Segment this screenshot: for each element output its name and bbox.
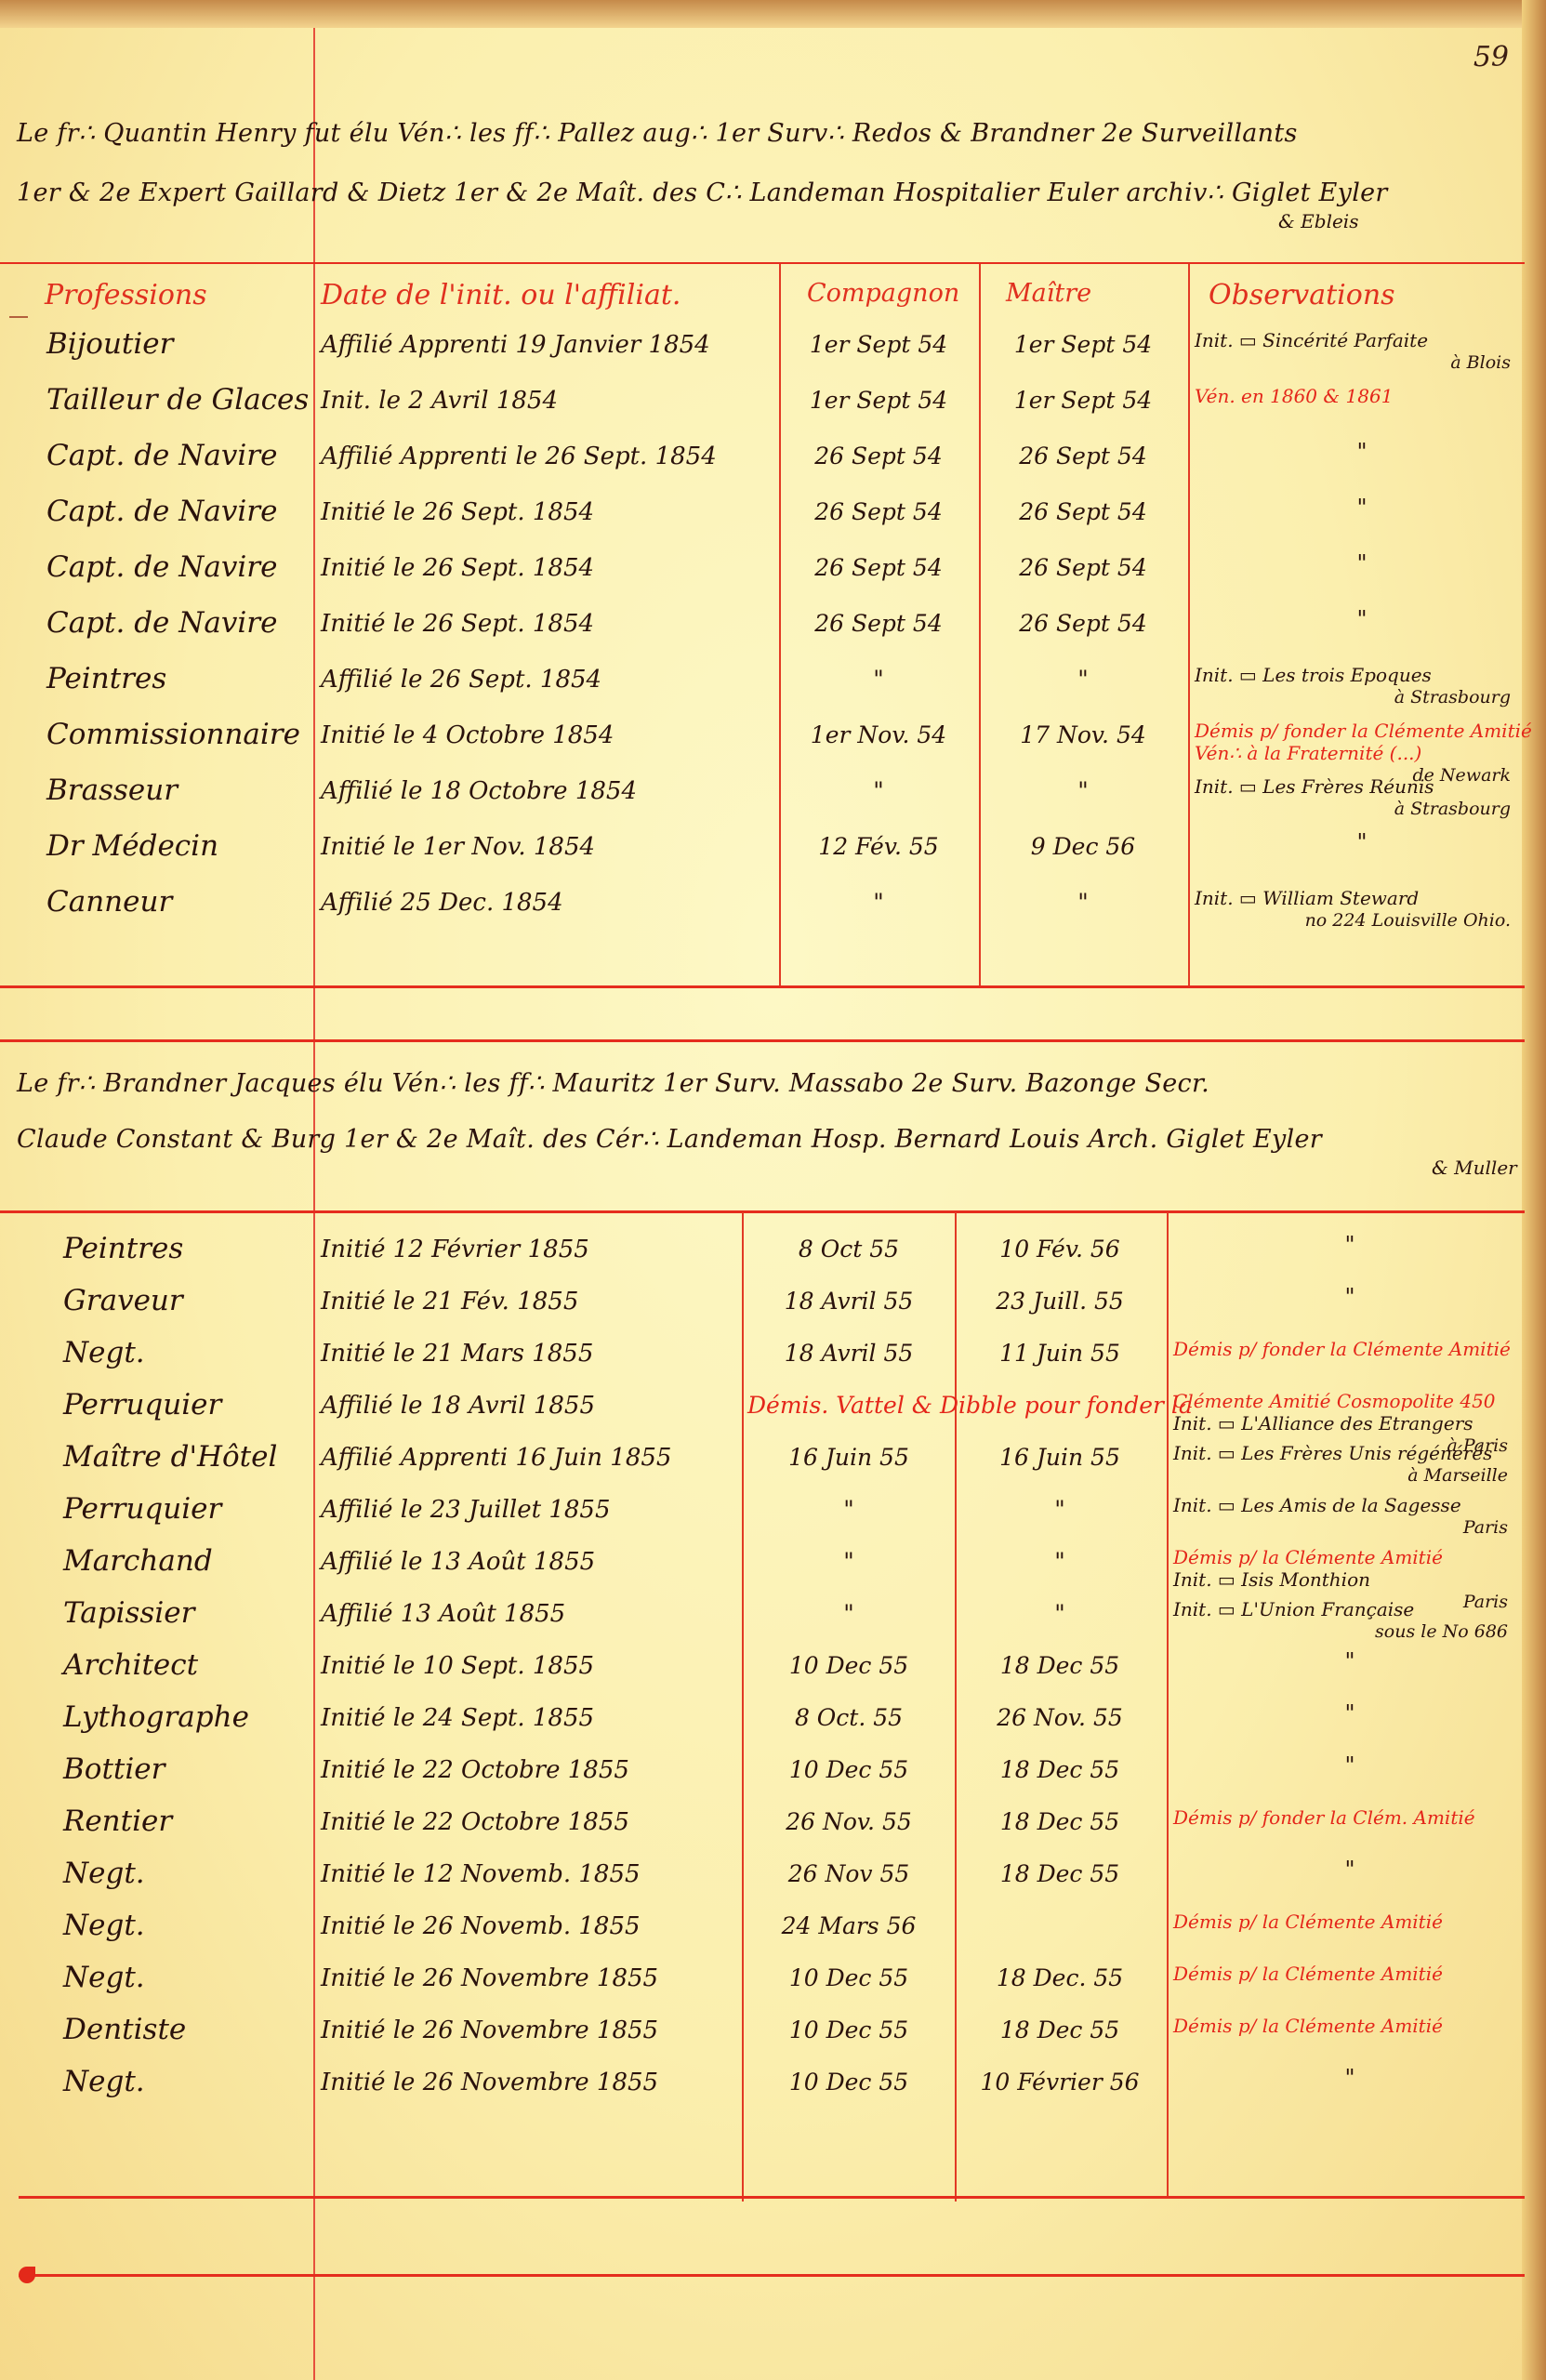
- observation-red-note: Démis p/ la Clémente Amitié: [1173, 1911, 1526, 1933]
- row-compagnon: ": [751, 1600, 946, 1627]
- row-compagnon: ": [751, 1548, 946, 1575]
- row-profession: Dentiste: [63, 2013, 186, 2046]
- margin-rule: [313, 28, 315, 2380]
- row-compagnon: 10 Dec 55: [751, 1652, 946, 1679]
- col-header-compagnon: Compagnon: [807, 279, 959, 308]
- section1-heading-line1: Le fr∴ Quantin Henry fut élu Vén∴ les ff…: [17, 119, 1298, 148]
- ditto-mark: ": [1173, 1754, 1526, 1777]
- row-profession: Peintres: [63, 1232, 183, 1265]
- row-profession: Graveur: [63, 1284, 183, 1317]
- row-maitre: 26 Nov. 55: [962, 1704, 1157, 1731]
- col-header-date: Date de l'init. ou l'affiliat.: [321, 279, 681, 311]
- observation-red-note: Démis p/ fonder la Clémente Amitié: [1195, 720, 1529, 742]
- row-observation: Init. ▭ Les Frères Réunisà Strasbourg: [1195, 775, 1529, 820]
- table1-bottom-rule: [0, 985, 1525, 988]
- row-maitre: 23 Juill. 55: [962, 1288, 1157, 1315]
- row-date: Affilié le 13 Août 1855: [321, 1548, 734, 1576]
- row-maitre: 26 Sept 54: [985, 554, 1181, 581]
- row-maitre: 9 Dec 56: [985, 833, 1181, 860]
- row-observation: Démis p/ fonder la Clémente Amitié: [1173, 1338, 1526, 1360]
- row-date: Initié 12 Février 1855: [321, 1236, 734, 1263]
- row-observation: Init. ▭ Les trois Epoquesà Strasbourg: [1195, 664, 1529, 708]
- ditto-mark: ": [1195, 496, 1529, 519]
- row-date: Initié le 26 Novembre 1855: [321, 2069, 734, 2096]
- row-compagnon: ": [786, 777, 971, 804]
- row-profession: Negt.: [63, 2065, 145, 2098]
- row-date: Initié le 26 Sept. 1854: [321, 610, 772, 638]
- row-maitre: ": [962, 1600, 1157, 1627]
- observation-text: Init. ▭ Les Amis de la Sagesse: [1173, 1494, 1526, 1516]
- row-maitre: ": [962, 1496, 1157, 1523]
- row-observation: ": [1195, 831, 1529, 853]
- section1-heading-line2: 1er & 2e Expert Gaillard & Dietz 1er & 2…: [17, 178, 1388, 207]
- row-compagnon: 10 Dec 55: [751, 2069, 946, 2096]
- observation-text: Init. ▭ Les Frères Réunis: [1195, 775, 1529, 798]
- observation-text: Init. ▭ L'Alliance des Etrangers: [1173, 1412, 1526, 1435]
- row-date: Initié le 24 Sept. 1855: [321, 1704, 734, 1732]
- section2-bottom-rule: [0, 1210, 1525, 1213]
- row-compagnon: 1er Sept 54: [786, 331, 971, 358]
- row-date: Initié le 26 Novemb. 1855: [321, 1912, 734, 1940]
- row-compagnon: ": [786, 889, 971, 916]
- observation-subtext: à Marseille: [1173, 1464, 1526, 1487]
- row-observation: ": [1173, 1858, 1526, 1881]
- section1-heading-sub: & Ebleis: [1278, 210, 1358, 232]
- row-date: Affilié le 26 Sept. 1854: [321, 666, 772, 694]
- row-observation: Init. ▭ L'Union Françaisesous le No 686: [1173, 1598, 1526, 1643]
- table2-bottom-rule: [19, 2196, 1525, 2199]
- row-profession: Canneur: [46, 885, 172, 919]
- row-maitre: ": [985, 889, 1181, 916]
- row-profession: Negt.: [63, 1857, 145, 1890]
- page-number: 59: [1473, 41, 1509, 73]
- observation-subtext: Paris: [1173, 1516, 1526, 1539]
- row-profession: Tailleur de Glaces: [46, 383, 309, 416]
- table2-col-rule-observations: [1167, 1212, 1169, 2198]
- observation-red-note: Démis p/ la Clémente Amitié: [1173, 1546, 1526, 1568]
- ditto-mark: ": [1173, 1286, 1526, 1308]
- observation-text: Init. ▭ Sincérité Parfaite: [1195, 329, 1529, 351]
- row-date: Affilié 13 Août 1855: [321, 1600, 734, 1628]
- observation-subtext: sous le No 686: [1173, 1620, 1526, 1643]
- ditto-mark: ": [1173, 1858, 1526, 1881]
- row-compagnon: 8 Oct 55: [751, 1236, 946, 1263]
- row-profession: Lythographe: [63, 1700, 249, 1734]
- row-profession: Rentier: [63, 1805, 172, 1838]
- observation-red-note: Clémente Amitié Cosmopolite 450: [1173, 1390, 1526, 1412]
- row-date: Affilié le 18 Octobre 1854: [321, 777, 772, 805]
- row-maitre: 18 Dec. 55: [962, 1964, 1157, 1991]
- row-compagnon: 26 Sept 54: [786, 443, 971, 469]
- observation-red-note: Vén. en 1860 & 1861: [1195, 385, 1529, 407]
- row-observation: Démis p/ fonder la Clém. Amitié: [1173, 1806, 1526, 1829]
- observation-subtext: à Blois: [1195, 351, 1529, 374]
- row-observation: Init. ▭ William Stewardno 224 Louisville…: [1195, 887, 1529, 932]
- ditto-mark: ": [1195, 441, 1529, 463]
- row-compagnon: ": [786, 666, 971, 693]
- row-observation: ": [1173, 1234, 1526, 1256]
- row-profession: Negt.: [63, 1961, 145, 1994]
- row-compagnon: 18 Avril 55: [751, 1340, 946, 1367]
- row-observation: ": [1173, 1286, 1526, 1308]
- row-date: Initié le 10 Sept. 1855: [321, 1652, 734, 1680]
- row-date: Init. le 2 Avril 1854: [321, 387, 772, 415]
- row-maitre: 18 Dec 55: [962, 1652, 1157, 1679]
- row-date: Initié le 22 Octobre 1855: [321, 1756, 734, 1784]
- table1-col-rule-maitre: [979, 264, 981, 987]
- row-date: Initié le 26 Novembre 1855: [321, 2016, 734, 2044]
- row-compagnon: 12 Fév. 55: [786, 833, 971, 860]
- section2-top-rule: [0, 1039, 1525, 1042]
- observation-text: Init. ▭ William Steward: [1195, 887, 1529, 909]
- row-observation: ": [1173, 2067, 1526, 2089]
- row-date: Initié le 1er Nov. 1854: [321, 833, 772, 861]
- margin-dash: [9, 316, 28, 318]
- row-maitre: 18 Dec 55: [962, 1756, 1157, 1783]
- row-profession: Perruquier: [63, 1388, 221, 1421]
- observation-red-note: Démis p/ la Clémente Amitié: [1173, 2015, 1526, 2037]
- row-compagnon: 10 Dec 55: [751, 2016, 946, 2043]
- observation-subtext: à Strasbourg: [1195, 798, 1529, 820]
- row-profession: Brasseur: [46, 773, 178, 807]
- observation-text: Init. ▭ L'Union Française: [1173, 1598, 1526, 1620]
- row-maitre: 10 Février 56: [962, 2069, 1157, 2096]
- row-date: Affilié 25 Dec. 1854: [321, 889, 772, 917]
- row-date: Affilié Apprenti 19 Janvier 1854: [321, 331, 772, 359]
- row-maitre: 18 Dec 55: [962, 2016, 1157, 2043]
- row-profession: Capt. de Navire: [46, 606, 277, 640]
- row-maitre: 26 Sept 54: [985, 610, 1181, 637]
- row-date: Initié le 4 Octobre 1854: [321, 721, 772, 749]
- observation-subtext: à Strasbourg: [1195, 686, 1529, 708]
- page-top-edge: [0, 0, 1546, 28]
- row-observation: Démis p/ la Clémente Amitié: [1173, 1963, 1526, 1985]
- row-compagnon: 8 Oct. 55: [751, 1704, 946, 1731]
- section2-heading-line2: Claude Constant & Burg 1er & 2e Maît. de…: [17, 1125, 1322, 1154]
- margin-marker: [19, 2267, 35, 2283]
- row-maitre: ": [985, 666, 1181, 693]
- row-date: Affilié le 23 Juillet 1855: [321, 1496, 734, 1524]
- observation-subtext: no 224 Louisville Ohio.: [1195, 909, 1529, 932]
- row-profession: Commissionnaire: [46, 718, 300, 751]
- row-observation: Init. ▭ Les Frères Unis régénérésà Marse…: [1173, 1442, 1526, 1487]
- row-profession: Marchand: [63, 1544, 213, 1578]
- ditto-mark: ": [1195, 831, 1529, 853]
- row-date: Initié le 26 Sept. 1854: [321, 554, 772, 582]
- row-observation: Démis p/ la Clémente Amitié: [1173, 1911, 1526, 1933]
- section1-bottom-rule: [0, 262, 1525, 264]
- ditto-mark: ": [1173, 1234, 1526, 1256]
- row-compagnon: 26 Sept 54: [786, 498, 971, 525]
- row-profession: Perruquier: [63, 1492, 221, 1526]
- row-compagnon: 1er Sept 54: [786, 387, 971, 414]
- row-maitre: 16 Juin 55: [962, 1444, 1157, 1471]
- row-maitre: 18 Dec 55: [962, 1860, 1157, 1887]
- table1-col-rule-observations: [1188, 264, 1190, 987]
- row-maitre: 11 Juin 55: [962, 1340, 1157, 1367]
- row-observation: ": [1173, 1702, 1526, 1725]
- row-profession: Negt.: [63, 1909, 145, 1942]
- row-maitre: 26 Sept 54: [985, 498, 1181, 525]
- row-maitre: 18 Dec 55: [962, 1808, 1157, 1835]
- row-date: Initié le 21 Fév. 1855: [321, 1288, 734, 1316]
- row-observation: ": [1195, 552, 1529, 575]
- row-observation: ": [1195, 496, 1529, 519]
- row-profession: Capt. de Navire: [46, 495, 277, 528]
- row-compagnon: 26 Nov. 55: [751, 1808, 946, 1835]
- observation-text: Init. ▭ Les trois Epoques: [1195, 664, 1529, 686]
- row-observation: ": [1173, 1754, 1526, 1777]
- row-observation: ": [1195, 441, 1529, 463]
- row-profession: Dr Médecin: [46, 829, 218, 863]
- row-compagnon: 10 Dec 55: [751, 1756, 946, 1783]
- section2-heading-line1: Le fr∴ Brandner Jacques élu Vén∴ les ff∴…: [17, 1069, 1209, 1098]
- row-maitre: 1er Sept 54: [985, 331, 1181, 358]
- row-wide-red-note: Démis. Vattel & Dibble pour fonder la: [747, 1392, 1193, 1419]
- row-observation: Init. ▭ Les Amis de la SagesseParis: [1173, 1494, 1526, 1539]
- row-profession: Peintres: [46, 662, 166, 695]
- ditto-mark: ": [1173, 1702, 1526, 1725]
- col-header-observations: Observations: [1209, 279, 1395, 311]
- row-date: Affilié le 18 Avril 1855: [321, 1392, 734, 1420]
- row-date: Initié le 12 Novemb. 1855: [321, 1860, 734, 1888]
- row-compagnon: 26 Sept 54: [786, 554, 971, 581]
- row-date: Affilié Apprenti 16 Juin 1855: [321, 1444, 734, 1472]
- row-observation: Vén. en 1860 & 1861: [1195, 385, 1529, 407]
- row-observation: Démis p/ la Clémente Amitié: [1173, 2015, 1526, 2037]
- row-maitre: 10 Fév. 56: [962, 1236, 1157, 1263]
- row-compagnon: 24 Mars 56: [751, 1912, 946, 1939]
- observation-text: Init. ▭ Les Frères Unis régénérés: [1173, 1442, 1526, 1464]
- ditto-mark: ": [1173, 1650, 1526, 1673]
- row-date: Initié le 22 Octobre 1855: [321, 1808, 734, 1836]
- col-header-professions: Professions: [45, 279, 207, 311]
- observation-red-note-2: Vén∴ à la Fraternité (...): [1195, 742, 1529, 764]
- row-profession: Negt.: [63, 1336, 145, 1369]
- row-observation: ": [1195, 608, 1529, 630]
- observation-red-note: Démis p/ fonder la Clém. Amitié: [1173, 1806, 1526, 1829]
- section2-heading-sub: & Muller: [1432, 1157, 1517, 1179]
- row-maitre: 1er Sept 54: [985, 387, 1181, 414]
- row-profession: Capt. de Navire: [46, 439, 277, 472]
- row-date: Affilié Apprenti le 26 Sept. 1854: [321, 443, 772, 470]
- row-observation: Init. ▭ Sincérité Parfaiteà Blois: [1195, 329, 1529, 374]
- row-date: Initié le 26 Sept. 1854: [321, 498, 772, 526]
- row-date: Initié le 26 Novembre 1855: [321, 1964, 734, 1992]
- observation-red-note: Démis p/ la Clémente Amitié: [1173, 1963, 1526, 1985]
- row-profession: Tapissier: [63, 1596, 194, 1630]
- row-compagnon: 18 Avril 55: [751, 1288, 946, 1315]
- page-bottom-rule: [19, 2274, 1525, 2277]
- row-date: Initié le 21 Mars 1855: [321, 1340, 734, 1368]
- col-header-maitre: Maître: [1006, 279, 1091, 308]
- row-compagnon: 10 Dec 55: [751, 1964, 946, 1991]
- ditto-mark: ": [1195, 608, 1529, 630]
- ditto-mark: ": [1195, 552, 1529, 575]
- row-maitre: 17 Nov. 54: [985, 721, 1181, 748]
- row-profession: Bijoutier: [46, 327, 173, 361]
- observation-text: Init. ▭ Isis Monthion: [1173, 1568, 1526, 1591]
- row-maitre: ": [985, 777, 1181, 804]
- row-compagnon: 26 Nov 55: [751, 1860, 946, 1887]
- row-observation: ": [1173, 1650, 1526, 1673]
- row-profession: Maître d'Hôtel: [63, 1440, 277, 1474]
- row-profession: Capt. de Navire: [46, 550, 277, 584]
- observation-red-note: Démis p/ fonder la Clémente Amitié: [1173, 1338, 1526, 1360]
- row-compagnon: 1er Nov. 54: [786, 721, 971, 748]
- row-compagnon: 26 Sept 54: [786, 610, 971, 637]
- row-compagnon: ": [751, 1496, 946, 1523]
- row-profession: Architect: [63, 1648, 198, 1682]
- table2-col-rule-maitre: [955, 1212, 957, 2201]
- row-maitre: ": [962, 1548, 1157, 1575]
- row-profession: Bottier: [63, 1752, 165, 1786]
- row-maitre: 26 Sept 54: [985, 443, 1181, 469]
- table2-col-rule-compagnon: [742, 1212, 744, 2201]
- ditto-mark: ": [1173, 2067, 1526, 2089]
- row-compagnon: 16 Juin 55: [751, 1444, 946, 1471]
- table1-col-rule-compagnon: [779, 264, 781, 987]
